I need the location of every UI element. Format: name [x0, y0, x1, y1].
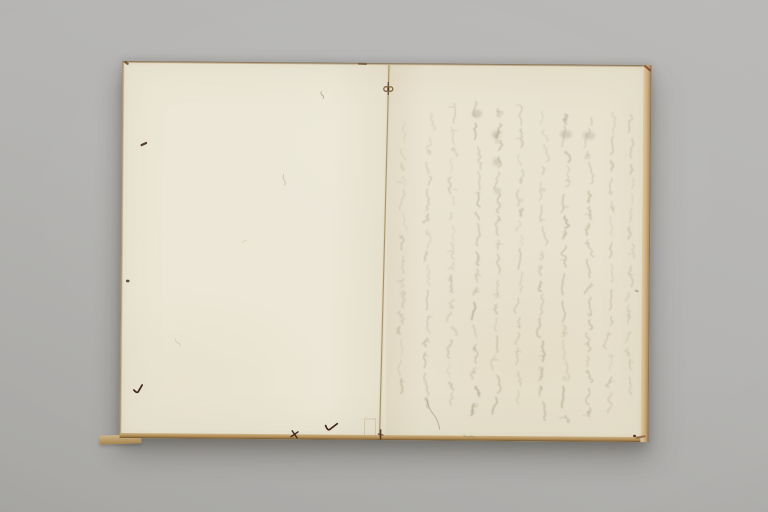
- photo-backdrop: [0, 0, 768, 512]
- book-fore-edge: [641, 65, 652, 442]
- open-book: [120, 61, 652, 442]
- left-page-blank: [122, 63, 389, 435]
- right-page-calligraphy: [386, 65, 644, 437]
- page-spread: [122, 63, 644, 437]
